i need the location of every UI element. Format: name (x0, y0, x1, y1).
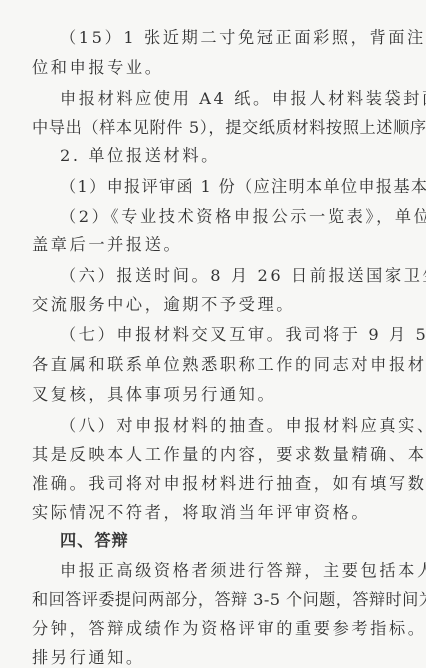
text-line: 实际情况不符者，将取消当年评审资格。 (32, 503, 415, 523)
text-line-submission-time: （六）报送时间。8 月 26 日前报送国家卫生计生委人才 (60, 266, 415, 286)
text-line: 和回答评委提问两部分，答辩 3-5 个问题，答辩时间为 20-30 (32, 590, 415, 610)
text-line-review-letter: （1）申报评审函 1 份（应注明本单位申报基本情况）。 (60, 177, 415, 197)
text-line: 中导出（样本见附件 5），提交纸质材料按照上述顺序整理。 (32, 118, 415, 138)
text-line-cross-review: （七）申报材料交叉互审。我司将于 9 月 5—8 日组织 (60, 325, 415, 345)
section-heading-defense: 四、答辩 (60, 531, 415, 551)
text-line: 准确。我司将对申报材料进行抽查，如有填写数量夸大、与 (32, 474, 415, 494)
text-line: 叉复核，具体事项另行通知。 (32, 385, 415, 405)
document-page: （15）1 张近期二寸免冠正面彩照，背面注明姓名、单 位和申报专业。 申报材料应… (0, 0, 426, 668)
text-line-paper-requirement: 申报材料应使用 A4 纸。申报人材料装袋封面须从系统 (60, 89, 415, 109)
text-line-spot-check: （八）对申报材料的抽查。申报材料应真实、准确，尤 (60, 416, 415, 436)
text-line: 排另行通知。 (32, 648, 415, 668)
text-line: 盖章后一并报送。 (32, 235, 415, 255)
text-line: 其是反映本人工作量的内容，要求数量精确、本人作用定位 (32, 445, 415, 465)
text-line-photo-requirement: （15）1 张近期二寸免冠正面彩照，背面注明姓名、单 (60, 28, 415, 48)
text-line-unit-materials: 2. 单位报送材料。 (60, 146, 415, 166)
text-line: 交流服务中心，逾期不予受理。 (32, 295, 415, 315)
text-line-defense-intro: 申报正高级资格者须进行答辩，主要包括本人情况介绍 (60, 561, 415, 581)
text-line: 分钟，答辩成绩作为资格评审的重要参考指标。答辩具体安 (32, 619, 415, 639)
text-line: 各直属和联系单位熟悉职称工作的同志对申报材料进行交 (32, 355, 415, 375)
text-line-publicity-table: （2）《专业技术资格申报公示一览表》，单位人事部门 (60, 207, 415, 227)
text-line: 位和申报专业。 (32, 58, 415, 78)
